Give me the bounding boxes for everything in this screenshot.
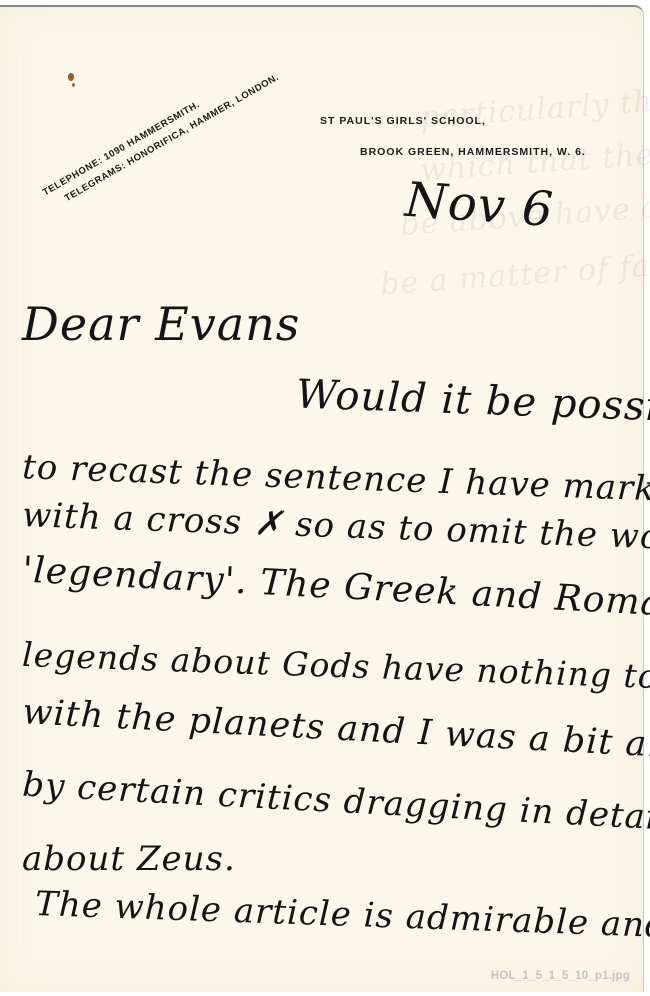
letter-date: Nov 6: [403, 172, 555, 238]
letter-line: legends about Gods have nothing to do: [22, 635, 650, 698]
file-watermark: HOL_1_5_1_5_10_p1.jpg: [491, 970, 630, 982]
letter-salutation: Dear Evans: [22, 297, 300, 351]
letter-line: Would it be possible: [295, 372, 650, 433]
letterhead-telegrams: TELEGRAMS: HONORIFICA, HAMMER, LONDON.: [48, 70, 282, 215]
ink-stain: [72, 83, 75, 87]
letter-line: 'legendary'. The Greek and Roman: [21, 550, 650, 626]
letter-page: particularly the general which that the …: [0, 5, 644, 992]
letter-line: The whole article is admirable and: [34, 884, 650, 946]
letter-line: about Zeus.: [22, 839, 236, 879]
letter-line: by certain critics dragging in details: [21, 765, 650, 840]
letterhead-address: BROOK GREEN, HAMMERSMITH, W. 6.: [360, 146, 586, 158]
letterhead-school: ST PAUL'S GIRLS' SCHOOL,: [320, 115, 486, 127]
bleed-through-text: be a matter of fact: [379, 247, 650, 303]
letterhead-telephone: TELEPHONE: 1090 HAMMERSMITH.: [40, 56, 274, 201]
ink-stain: [68, 73, 74, 81]
letterhead-contact: TELEPHONE: 1090 HAMMERSMITH. TELEGRAMS: …: [40, 56, 282, 214]
letter-line: with the planets and I was a bit annoyed: [21, 692, 650, 772]
